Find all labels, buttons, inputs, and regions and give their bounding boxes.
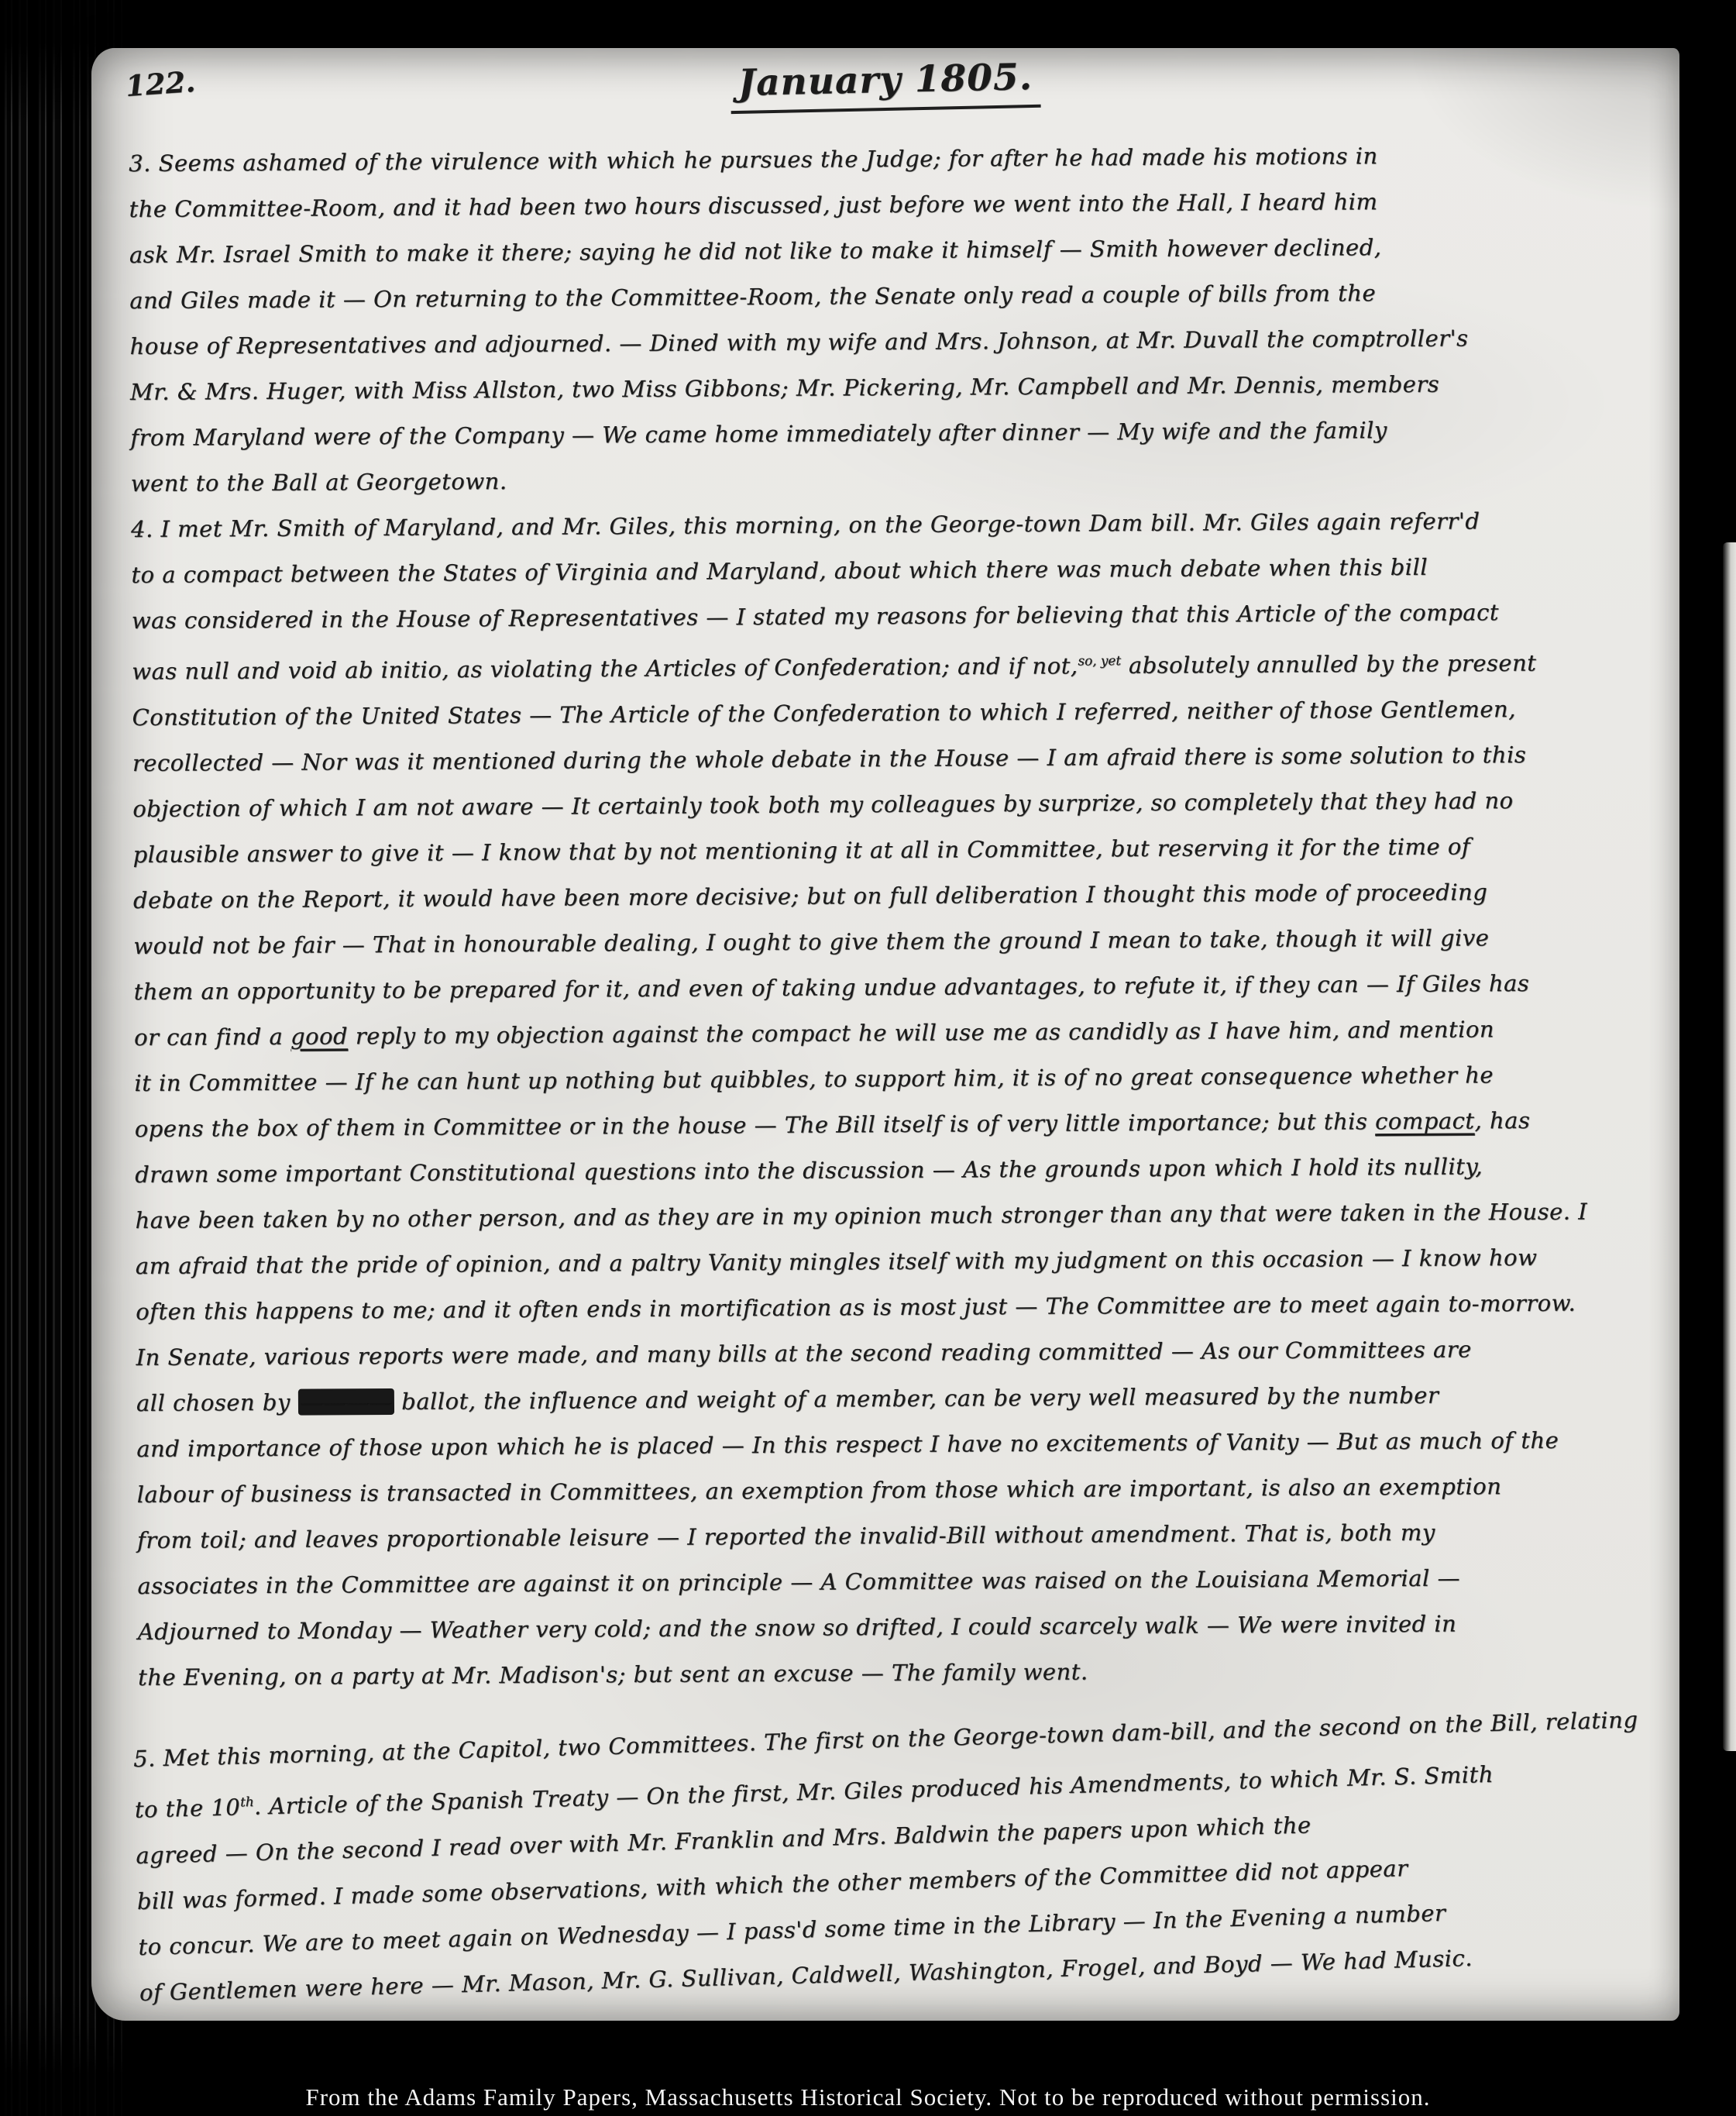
page-header: January 1805. — [91, 59, 1679, 111]
manuscript-line: 4. I met Mr. Smith of Maryland, and Mr. … — [131, 497, 1662, 552]
manuscript-line: Adjourned to Monday — Weather very cold;… — [138, 1600, 1669, 1655]
manuscript-line: was null and void ab initio, as violatin… — [132, 635, 1662, 695]
manuscript-line: the Evening, on a party at Mr. Madison's… — [138, 1646, 1669, 1701]
manuscript-page: 122. January 1805. 3. Seems ashamed of t… — [91, 48, 1679, 2021]
manuscript-entries: 3. Seems ashamed of the virulence with w… — [129, 132, 1671, 2015]
date-heading: January 1805. — [730, 56, 1040, 114]
manuscript-line: labour of business is transacted in Comm… — [136, 1463, 1667, 1518]
diary-entry-3: 3. Seems ashamed of the virulence with w… — [129, 132, 1662, 507]
scanned-diary-page: { "document": { "page_number": "122.", "… — [0, 0, 1736, 2116]
manuscript-line: Mr. & Mrs. Huger, with Miss Allston, two… — [130, 360, 1661, 415]
facing-page-edge — [1723, 542, 1736, 1751]
diary-entry-5: 5. Met this morning, at the Capitol, two… — [132, 1696, 1670, 2015]
credit-footer: From the Adams Family Papers, Massachuse… — [0, 2083, 1736, 2111]
diary-entry-4: 4. I met Mr. Smith of Maryland, and Mr. … — [131, 497, 1669, 1701]
